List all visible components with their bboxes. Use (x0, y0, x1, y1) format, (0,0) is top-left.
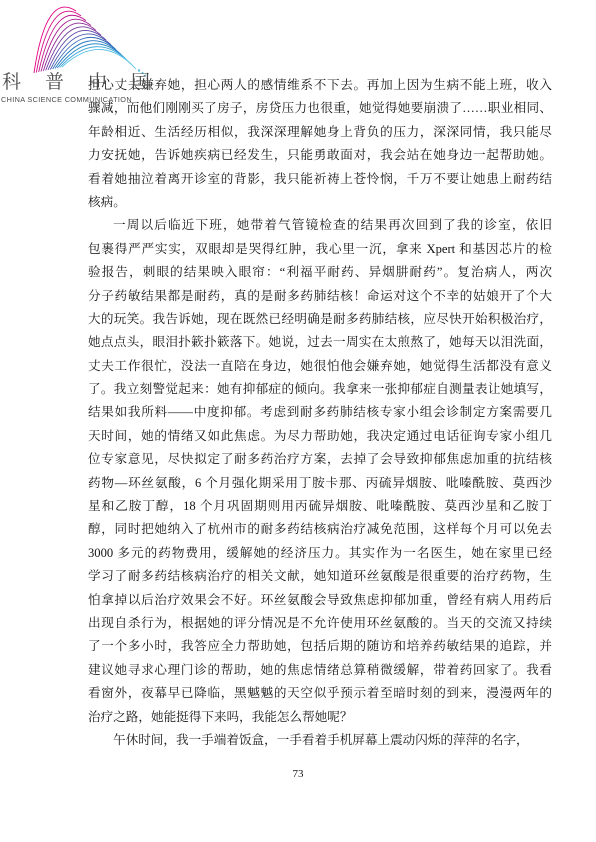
text-line: 建议她寻求心理门诊的帮助，她的焦虑情绪总算稍微缓解，带着药回家了。我看 (88, 659, 552, 682)
text-line: 力安抚她，告诉她疾病已经发生，只能勇敢面对，我会站在她身边一起帮助她。 (88, 144, 552, 167)
text-line: 结果如我所料——中度抑郁。考虑到耐多药肺结核专家小组会诊制定方案需要几 (88, 401, 552, 424)
text-line: 包裹得严严实实，双眼却是哭得红肿，我心里一沉，拿来 Xpert 和基因芯片的检 (88, 238, 552, 261)
text-line: 她点点头，眼泪扑簌扑簌落下。她说，过去一周实在太煎熬了，她每天以泪洗面， (88, 331, 552, 354)
text-line: 出现自杀行为，根据她的评分情况是不允许使用环丝氨酸的。当天的交流又持续 (88, 612, 552, 635)
text-line: 药物—环丝氨酸，6 个月强化期采用丁胺卡那、丙硫异烟胺、吡嗪酰胺、莫西沙 (88, 472, 552, 495)
text-line: 午休时间，我一手端着饭盒，一手看着手机屏幕上震动闪烁的萍萍的名字， (88, 729, 552, 752)
text-line: 看着她抽泣着离开诊室的背影，我只能祈祷上苍怜悯，千万不要让她患上耐药结 (88, 168, 552, 191)
text-line: 验报告，刺眼的结果映入眼帘：“利福平耐药、异烟肼耐药”。复治病人，两次 (88, 261, 552, 284)
text-line: 一周以后临近下班，她带着气管镜检查的结果再次回到了我的诊室，依旧 (88, 214, 552, 237)
text-line: 看窗外，夜幕早已降临，黑魆魆的天空似乎预示着至暗时刻的到来，漫漫两年的 (88, 682, 552, 705)
text-line: 丈夫工作很忙，没法一直陪在身边，她很怕他会嫌弃她，她觉得生活都没有意义 (88, 355, 552, 378)
text-line: 怕拿掉以后治疗效果会不好。环丝氨酸会导致焦虑抑郁加重，曾经有病人用药后 (88, 589, 552, 612)
text-line: 了。我立刻警觉起来：她有抑郁症的倾向。我拿来一张抑郁症自测量表让她填写， (88, 378, 552, 401)
page-number: 73 (0, 768, 596, 780)
text-line: 了一个多小时，我答应全力帮助她，包括后期的随访和培养药敏结果的追踪，并 (88, 635, 552, 658)
text-line: 天时间，她的情绪又如此焦虑。为尽力帮助她，我决定通过电话征询专家小组几 (88, 425, 552, 448)
text-line: 治疗之路，她能挺得下来吗，我能怎么帮她呢？ (88, 706, 552, 729)
logo-brand-cn: 科普中国 (2, 72, 174, 93)
logo-swoosh-icon (24, 5, 149, 77)
document-page: 科普中国 CHINA SCIENCE COMMUNICATION 担心丈夫嫌弃她… (0, 0, 596, 842)
text-line: 大的玩笑。我告诉她，现在既然已经明确是耐多药肺结核，应尽快开始积极治疗， (88, 308, 552, 331)
text-line: 核病。 (88, 191, 552, 214)
text-line: 星和乙胺丁醇，18 个月巩固期则用丙硫异烟胺、吡嗪酰胺、莫西沙星和乙胺丁 (88, 495, 552, 518)
document-body-text: 担心丈夫嫌弃她，担心两人的感情维系不下去。再加上因为生病不能上班，收入骤减，而他… (88, 74, 552, 752)
text-line: 3000 多元的药物费用，缓解她的经济压力。其实作为一名医生，她在家里已经 (88, 542, 552, 565)
logo-brand-en: CHINA SCIENCE COMMUNICATION (1, 95, 132, 104)
text-line: 分子药敏结果都是耐药，真的是耐多药肺结核！命运对这个不幸的姑娘开了个大 (88, 285, 552, 308)
text-line: 学习了耐多药结核病治疗的相关文献，她知道环丝氨酸是很重要的治疗药物，生 (88, 565, 552, 588)
text-line: 醇，同时把她纳入了杭州市的耐多药结核病治疗减免范围，这样每个月可以免去 (88, 518, 552, 541)
text-line: 位专家意见，尽快拟定了耐多药治疗方案，去掉了会导致抑郁焦虑加重的抗结核 (88, 448, 552, 471)
text-line: 年龄相近、生活经历相似，我深深理解她身上背负的压力，深深同情，我只能尽 (88, 121, 552, 144)
china-science-communication-logo: 科普中国 CHINA SCIENCE COMMUNICATION (0, 0, 170, 110)
